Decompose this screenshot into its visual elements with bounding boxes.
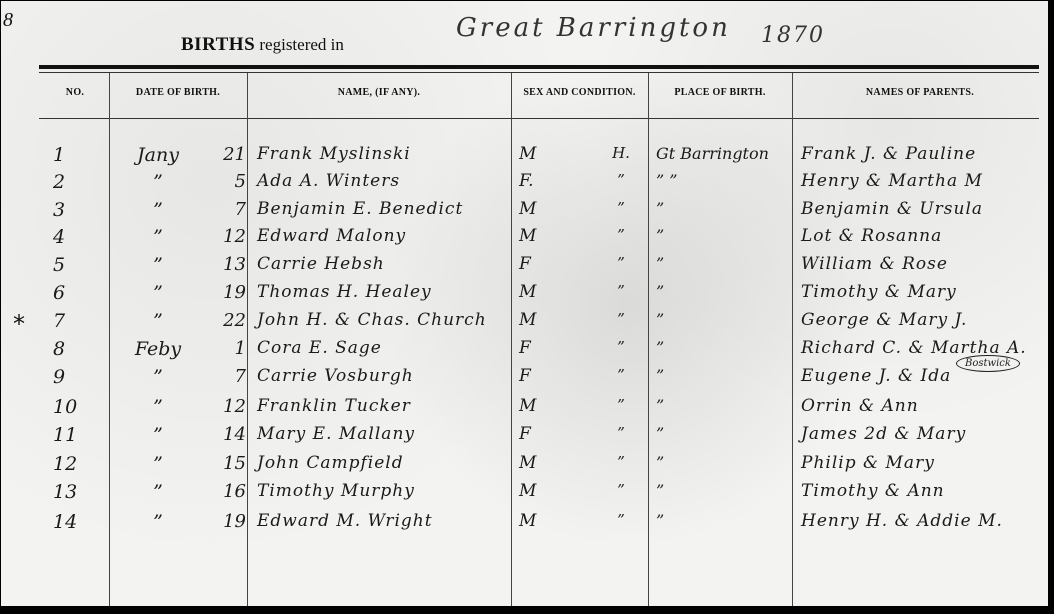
child-name: John H. & Chas. Church	[257, 310, 507, 330]
parents-names: Philip & Mary	[801, 453, 1041, 473]
parents-names: Orrin & Ann	[801, 396, 1041, 416]
birth-day: 21	[201, 144, 246, 165]
table-row: 12”15John CampfieldM””Philip & Mary	[1, 453, 1048, 480]
parents-names: James 2d & Mary	[801, 424, 1041, 444]
birth-month: ”	[113, 511, 203, 533]
place-of-birth: ”	[656, 310, 791, 329]
birth-day: 12	[201, 226, 246, 247]
birth-day: 12	[201, 396, 246, 417]
sex: F	[519, 338, 559, 358]
place-of-birth: Gt Barrington	[656, 144, 791, 163]
parents-names: Benjamin & Ursula	[801, 199, 1041, 219]
page-corner-mark: 8	[3, 9, 13, 32]
table-row: 5”13Carrie HebshF””William & Rose	[1, 254, 1048, 281]
child-name: Edward M. Wright	[257, 511, 507, 531]
entry-number: 9	[53, 366, 113, 388]
birth-day: 14	[201, 424, 246, 445]
column-header-name: NAME, (IF ANY).	[247, 87, 511, 98]
parents-names: Timothy & Mary	[801, 282, 1041, 302]
parents-names: Richard C. & Martha A.	[801, 338, 1041, 358]
birth-month: ”	[113, 366, 203, 388]
place-of-birth: ”	[656, 424, 791, 443]
header-rule-thin	[39, 72, 1039, 73]
sex: M	[519, 511, 559, 531]
child-name: Edward Malony	[257, 226, 507, 246]
frame-border	[1048, 0, 1054, 614]
table-row: 8Feby1Cora E. SageF””Richard C. & Martha…	[1, 338, 1048, 365]
condition: ”	[601, 366, 641, 384]
sex: F	[519, 424, 559, 444]
sex: M	[519, 396, 559, 416]
child-name: Franklin Tucker	[257, 396, 507, 416]
table-row: 1Jany21Frank MyslinskiMH.Gt BarringtonFr…	[1, 144, 1048, 171]
birth-month: ”	[113, 199, 203, 221]
entry-number: 10	[53, 396, 113, 418]
parents-names: William & Rose	[801, 254, 1041, 274]
birth-month: ”	[113, 453, 203, 475]
condition: ”	[601, 396, 641, 414]
handwritten-town: Great Barrington	[456, 13, 731, 43]
birth-month: Feby	[113, 338, 203, 360]
table-row: 6”19Thomas H. HealeyM””Timothy & Mary	[1, 282, 1048, 309]
birth-day: 7	[201, 199, 246, 220]
place-of-birth: ”	[656, 366, 791, 385]
condition: ”	[601, 226, 641, 244]
entry-number: 12	[53, 453, 113, 475]
birth-month: ”	[113, 310, 203, 332]
condition: ”	[601, 254, 641, 272]
condition: ”	[601, 310, 641, 328]
table-row: 4”12Edward MalonyM””Lot & Rosanna	[1, 226, 1048, 253]
sex: M	[519, 481, 559, 501]
child-name: Thomas H. Healey	[257, 282, 507, 302]
table-row: 14”19Edward M. WrightM””Henry H. & Addie…	[1, 511, 1048, 538]
condition: ”	[601, 453, 641, 471]
birth-day: 13	[201, 254, 246, 275]
entry-number: 7	[53, 310, 113, 332]
child-name: John Campfield	[257, 453, 507, 473]
place-of-birth: ”	[656, 396, 791, 415]
place-of-birth: ”	[656, 511, 791, 530]
condition: ”	[601, 511, 641, 529]
table-row: *7”22John H. & Chas. ChurchM””George & M…	[1, 310, 1048, 337]
parents-names: Henry H. & Addie M.	[801, 511, 1041, 531]
condition: ”	[601, 338, 641, 356]
sex: M	[519, 226, 559, 246]
column-header-rule	[39, 118, 1039, 119]
condition: ”	[601, 282, 641, 300]
sex: M	[519, 310, 559, 330]
column-header-parents: NAMES OF PARENTS.	[792, 87, 1048, 98]
entry-number: 2	[53, 171, 113, 193]
register-title: BIRTHS registered in	[181, 34, 344, 56]
condition: ”	[601, 481, 641, 499]
condition: H.	[601, 144, 641, 162]
column-header-no: NO.	[41, 87, 109, 98]
sex: F	[519, 366, 559, 386]
birth-month: Jany	[113, 144, 203, 166]
place-of-birth: ”	[656, 453, 791, 472]
sex: F.	[519, 171, 559, 191]
column-header-sex: SEX AND CONDITION.	[511, 87, 648, 98]
table-row: 10”12Franklin TuckerM””Orrin & Ann	[1, 396, 1048, 423]
birth-month: ”	[113, 226, 203, 248]
table-row: 3”7Benjamin E. BenedictM””Benjamin & Urs…	[1, 199, 1048, 226]
birth-month: ”	[113, 396, 203, 418]
place-of-birth: ”	[656, 338, 791, 357]
place-of-birth: ”	[656, 282, 791, 301]
condition: ”	[601, 171, 641, 189]
condition: ”	[601, 199, 641, 217]
place-of-birth: ”	[656, 226, 791, 245]
place-of-birth: ” ”	[656, 171, 791, 190]
entry-number: 4	[53, 226, 113, 248]
birth-day: 15	[201, 453, 246, 474]
birth-day: 19	[201, 511, 246, 532]
child-name: Cora E. Sage	[257, 338, 507, 358]
table-row: 9”7Carrie VosburghF””Eugene J. & Ida	[1, 366, 1048, 393]
birth-day: 22	[201, 310, 246, 331]
condition: ”	[601, 424, 641, 442]
birth-day: 16	[201, 481, 246, 502]
birth-day: 19	[201, 282, 246, 303]
parents-names: Lot & Rosanna	[801, 226, 1041, 246]
place-of-birth: ”	[656, 199, 791, 218]
sex: F	[519, 254, 559, 274]
sex: M	[519, 282, 559, 302]
register-page: 8 BIRTHS registered in Great Barrington …	[1, 1, 1048, 606]
star-icon: *	[13, 310, 25, 338]
sex: M	[519, 199, 559, 219]
child-name: Frank Myslinski	[257, 144, 507, 164]
entry-number: 3	[53, 199, 113, 221]
child-name: Timothy Murphy	[257, 481, 507, 501]
margin-annotation: Bostwick	[956, 355, 1020, 372]
birth-day: 1	[201, 338, 246, 359]
birth-month: ”	[113, 481, 203, 503]
entry-number: 1	[53, 144, 113, 166]
frame-border	[0, 607, 1054, 614]
child-name: Carrie Hebsh	[257, 254, 507, 274]
entry-number: 5	[53, 254, 113, 276]
entry-number: 6	[53, 282, 113, 304]
child-name: Mary E. Mallany	[257, 424, 507, 444]
birth-month: ”	[113, 171, 203, 193]
table-row: 11”14Mary E. MallanyF””James 2d & Mary	[1, 424, 1048, 451]
place-of-birth: ”	[656, 254, 791, 273]
table-row: 13”16Timothy MurphyM””Timothy & Ann	[1, 481, 1048, 508]
sex: M	[519, 144, 559, 164]
birth-day: 7	[201, 366, 246, 387]
header-rule-thick	[39, 65, 1039, 69]
child-name: Ada A. Winters	[257, 171, 507, 191]
place-of-birth: ”	[656, 481, 791, 500]
entry-number: 8	[53, 338, 113, 360]
child-name: Benjamin E. Benedict	[257, 199, 507, 219]
sex: M	[519, 453, 559, 473]
entry-number: 11	[53, 424, 113, 446]
birth-month: ”	[113, 282, 203, 304]
title-registered-in: registered in	[259, 35, 344, 54]
parents-names: Frank J. & Pauline	[801, 144, 1041, 164]
birth-month: ”	[113, 424, 203, 446]
entry-number: 14	[53, 511, 113, 533]
column-header-place: PLACE OF BIRTH.	[648, 87, 792, 98]
column-header-date: DATE OF BIRTH.	[109, 87, 247, 98]
parents-names: George & Mary J.	[801, 310, 1041, 330]
parents-names: Timothy & Ann	[801, 481, 1041, 501]
birth-day: 5	[201, 171, 246, 192]
entry-number: 13	[53, 481, 113, 503]
parents-names: Henry & Martha M	[801, 171, 1041, 191]
birth-month: ”	[113, 254, 203, 276]
handwritten-year: 1870	[761, 23, 825, 48]
child-name: Carrie Vosburgh	[257, 366, 507, 386]
title-births: BIRTHS	[181, 34, 255, 55]
table-row: 2”5Ada A. WintersF.”” ”Henry & Martha M	[1, 171, 1048, 198]
